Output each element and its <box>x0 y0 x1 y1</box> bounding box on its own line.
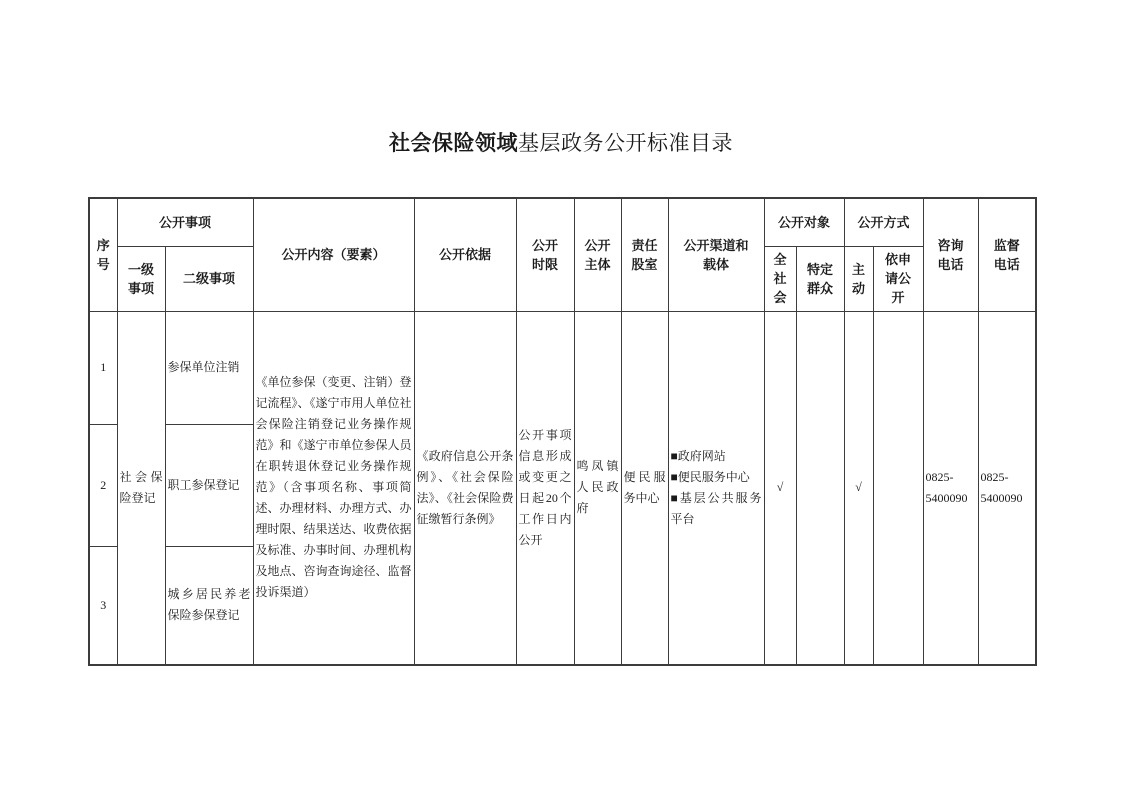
header-channels-carriers: 公开渠道和 载体 <box>668 198 764 311</box>
header-target-all-society: 全 社 会 <box>764 246 796 311</box>
row2-serial-cell: 2 <box>89 424 117 546</box>
header-responsible-office: 责任 股室 <box>621 198 668 311</box>
channels-cell: ■政府网站 ■便民服务中心 ■基层公共服务平台 <box>668 311 764 665</box>
check-specific-groups <box>796 311 844 665</box>
check-on-request <box>873 311 923 665</box>
header-method-on-request: 依申 请公 开 <box>873 246 923 311</box>
header-row-top: 序 号 公开事项 公开内容（要素） 公开依据 公开 时限 公开 主体 责任 股室… <box>89 198 1036 246</box>
public-content-cell: 《单位参保（变更、注销）登记流程》、《遂宁市用人单位社会保险注销登记业务操作规范… <box>253 311 414 665</box>
row3-level2-item-cell: 城乡居民养老保险参保登记 <box>165 546 253 665</box>
page-title: 社会保险领域基层政务公开标准目录 <box>0 128 1122 160</box>
disclosure-standards-table: 序 号 公开事项 公开内容（要素） 公开依据 公开 时限 公开 主体 责任 股室… <box>88 197 1037 666</box>
header-public-basis: 公开依据 <box>414 198 516 311</box>
channel-item-service-center: ■便民服务中心 <box>671 467 762 488</box>
page-title-rest-part: 基层政务公开标准目录 <box>518 132 733 155</box>
channel-item-gov-website: ■政府网站 <box>671 446 762 467</box>
row2-level2-item-cell: 职工参保登记 <box>165 424 253 546</box>
row1-level2-item-cell: 参保单位注销 <box>165 311 253 424</box>
public-basis-cell: 《政府信息公开条例》、《社会保险法》、《社会保险费征缴暂行条例》 <box>414 311 516 665</box>
header-public-method: 公开方式 <box>844 198 923 246</box>
header-public-target: 公开对象 <box>764 198 844 246</box>
header-method-proactive: 主 动 <box>844 246 873 311</box>
header-public-matters: 公开事项 <box>117 198 253 246</box>
level1-item-cell: 社会保险登记 <box>117 311 165 665</box>
supervision-phone-cell: 0825-5400090 <box>978 311 1036 665</box>
public-subject-cell: 鸣凤镇人民政府 <box>574 311 621 665</box>
header-public-subject: 公开 主体 <box>574 198 621 311</box>
page-title-bold-part: 社会保险领域 <box>389 132 518 155</box>
header-public-content: 公开内容（要素） <box>253 198 414 311</box>
channel-item-public-platform: ■基层公共服务平台 <box>671 488 762 530</box>
check-all-society: √ <box>764 311 796 665</box>
header-target-specific-groups: 特定 群众 <box>796 246 844 311</box>
header-serial-number: 序 号 <box>89 198 117 311</box>
check-proactive: √ <box>844 311 873 665</box>
table-row-1: 1 社会保险登记 参保单位注销 《单位参保（变更、注销）登记流程》、《遂宁市用人… <box>89 311 1036 424</box>
document-page: 社会保险领域基层政务公开标准目录 序 号 公开事项 公开内容（要素） 公开依据 … <box>0 0 1122 793</box>
header-time-limit: 公开 时限 <box>516 198 574 311</box>
responsible-office-cell: 便民服务中心 <box>621 311 668 665</box>
header-supervision-phone: 监督 电话 <box>978 198 1036 311</box>
header-level2-item: 二级事项 <box>165 246 253 311</box>
time-limit-cell: 公开事项信息形成或变更之日起20个工作日内公开 <box>516 311 574 665</box>
row3-serial-cell: 3 <box>89 546 117 665</box>
header-level1-item: 一级 事项 <box>117 246 165 311</box>
row1-serial-cell: 1 <box>89 311 117 424</box>
header-consult-phone: 咨询 电话 <box>923 198 978 311</box>
consult-phone-cell: 0825-5400090 <box>923 311 978 665</box>
